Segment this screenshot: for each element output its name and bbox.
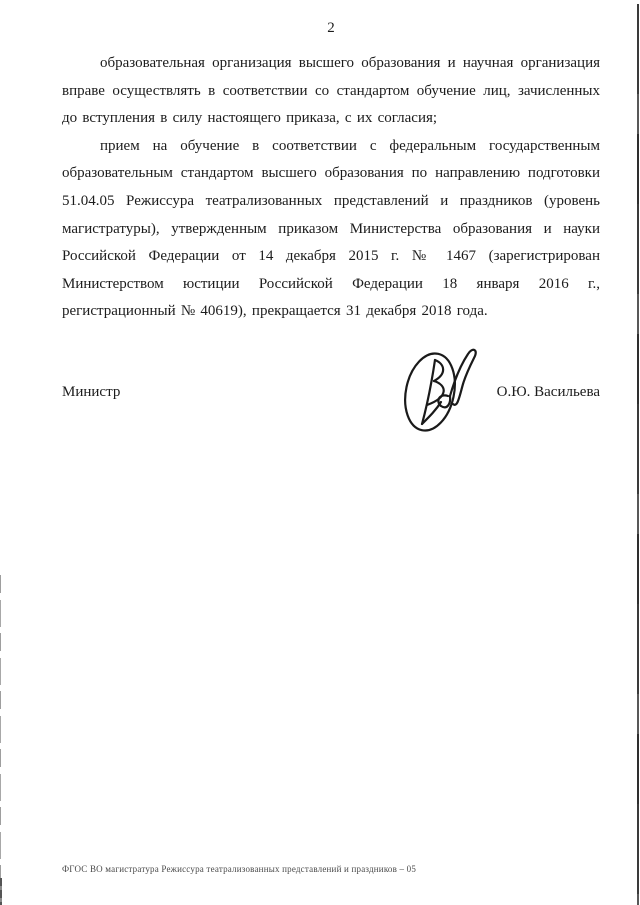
body-paragraph: прием на обучение в соответствии с федер… [62,133,600,326]
document-page: 2 образовательная организация высшего об… [0,0,640,905]
signatory-title: Министр [62,384,120,401]
scan-artifact-left-dark-line [0,878,2,905]
scan-artifact-right-line [637,4,639,905]
body-paragraph: образовательная организация высшего обра… [62,50,600,133]
footer-reference: ФГОС ВО магистратура Режиссура театрализ… [62,864,416,874]
signatory-name: О.Ю. Васильева [497,384,600,401]
page-number: 2 [62,20,600,37]
handwritten-signature-icon [380,340,510,440]
document-body: образовательная организация высшего обра… [62,50,600,326]
scan-artifact-left-line [0,575,1,905]
